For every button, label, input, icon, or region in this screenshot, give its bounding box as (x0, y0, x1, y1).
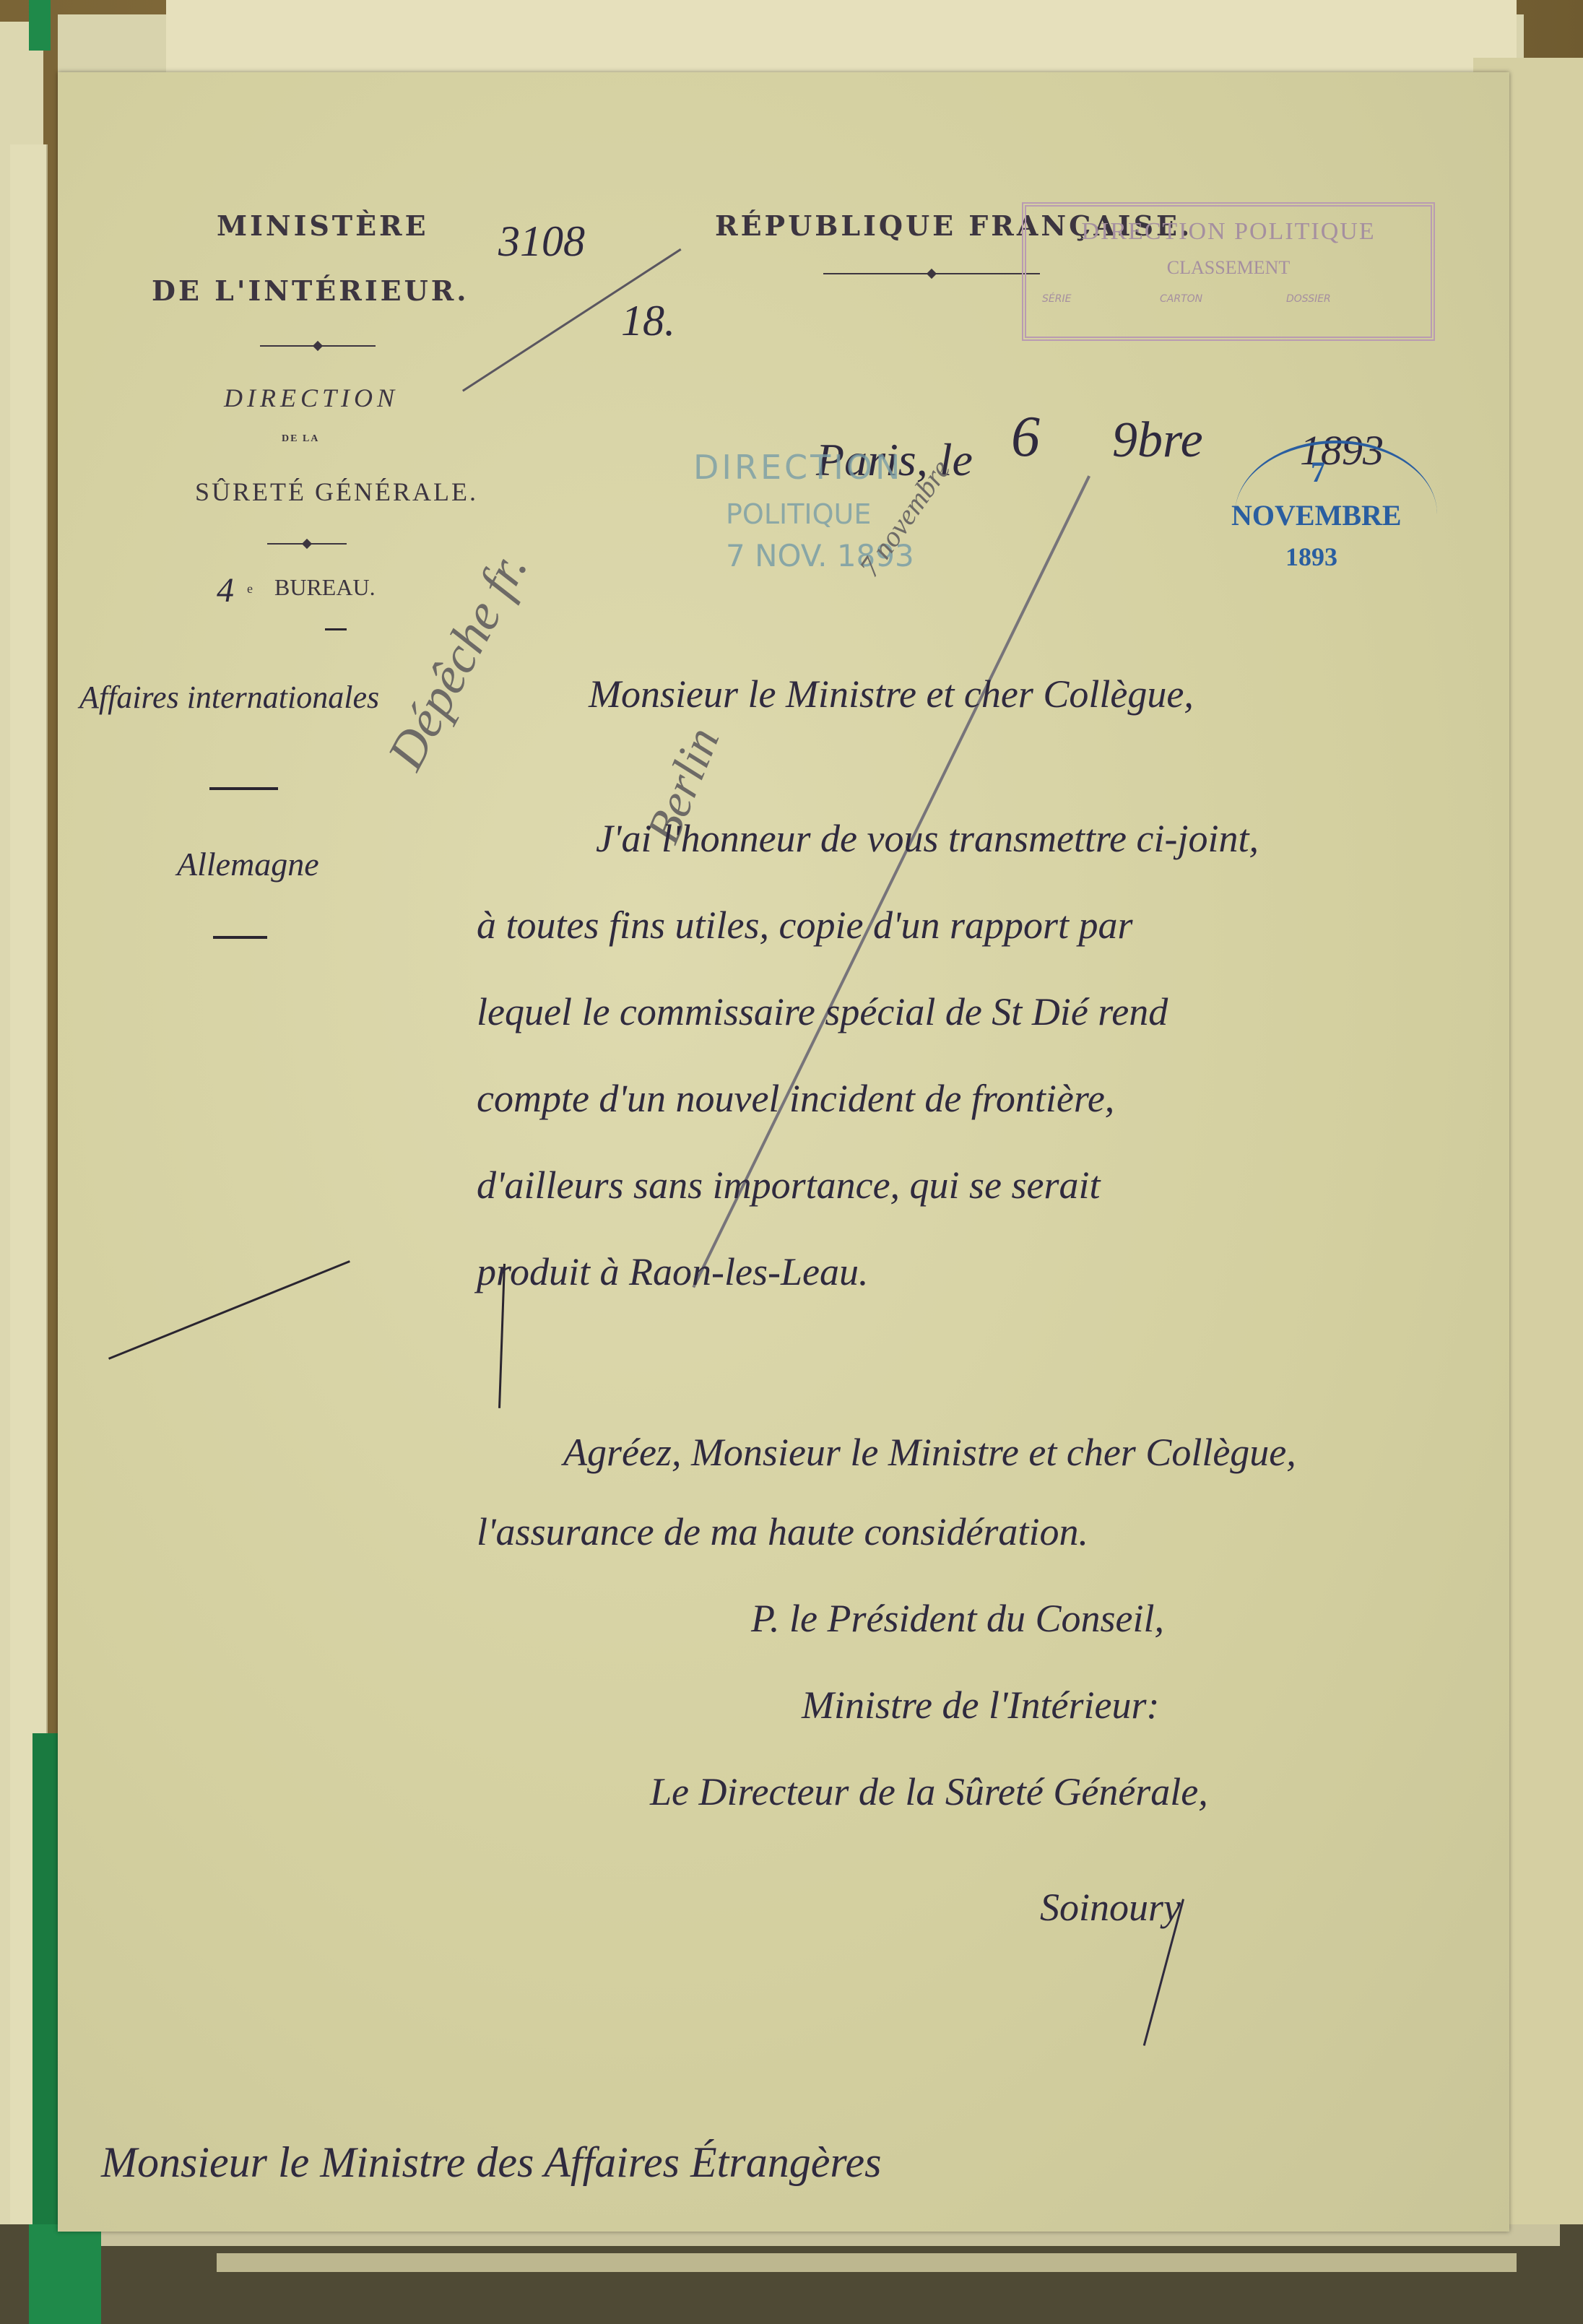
ornament-divider (260, 345, 376, 347)
body-line-2: à toutes fins utiles, copie d'un rapport… (477, 903, 1133, 948)
bureau-suffix: e (247, 581, 253, 597)
country-note: Allemagne (177, 845, 319, 883)
body-line-6: produit à Raon-les-Leau. (477, 1249, 868, 1294)
signature-block-line-3: Le Directeur de la Sûreté Générale, (650, 1769, 1208, 1814)
ornament-divider (267, 543, 347, 545)
salutation: Monsieur le Ministre et cher Collègue, (589, 672, 1194, 716)
body-line-5: d'ailleurs sans importance, qui se serai… (477, 1163, 1101, 1207)
divider (325, 628, 347, 630)
green-ribbon (32, 1733, 60, 2239)
green-ribbon (29, 0, 51, 51)
file-subnumber: 18. (621, 296, 675, 346)
bureau-number: 4 (217, 571, 234, 610)
ministry-title-line1: MINISTÈRE (217, 209, 429, 242)
ministry-title-line2: DE L'INTÉRIEUR. (152, 274, 469, 307)
bottom-page-stack (0, 2224, 1583, 2324)
section-note: Affaires internationales (79, 679, 379, 716)
addressee: Monsieur le Ministre des Affaires Étrang… (101, 2138, 881, 2188)
divider (209, 787, 278, 790)
closing-line-2: l'assurance de ma haute considération. (477, 1509, 1088, 1554)
stamp-field-carton: CARTON (1160, 293, 1202, 305)
signature-block-line-1: P. le Président du Conseil, (751, 1596, 1164, 1641)
direction-politique-stamp-line2: POLITIQUE (726, 498, 871, 530)
received-stamp-day: 7 (1311, 455, 1325, 489)
stamp-field-dossier: DOSSIER (1286, 293, 1331, 305)
stamp-title: CLASSEMENT (1026, 257, 1431, 279)
direction-politique-stamp-line1: DIRECTION (693, 448, 903, 487)
closing-line-1: Agréez, Monsieur le Ministre et cher Col… (563, 1430, 1296, 1475)
margin-stroke (108, 1260, 350, 1360)
stamp-field-serie: SÉRIE (1042, 293, 1071, 305)
received-stamp-month: NOVEMBRE (1231, 498, 1402, 532)
divider (213, 936, 267, 939)
ornament-divider (823, 273, 1040, 274)
classement-stamp: DIRECTION POLITIQUE CLASSEMENT SÉRIE CAR… (1022, 202, 1435, 341)
body-line-4: compte d'un nouvel incident de frontière… (477, 1076, 1114, 1121)
received-stamp-year: 1893 (1285, 542, 1337, 572)
direction-label: DIRECTION (224, 383, 399, 413)
file-number: 3108 (498, 217, 585, 266)
pencil-note-depeche: Dépêche fr. (376, 542, 539, 779)
body-line-1: J'ai l'honneur de vous transmettre ci-jo… (596, 816, 1259, 861)
dateline-day: 6 (1011, 404, 1040, 470)
signature: Soinoury (1040, 1885, 1181, 1930)
surete-generale-label: SÛRETÉ GÉNÉRALE. (195, 477, 478, 507)
body-line-3: lequel le commissaire spécial de St Dié … (477, 989, 1168, 1034)
letter-page: MINISTÈRE DE L'INTÉRIEUR. DIRECTION DE L… (58, 72, 1509, 2232)
bureau-label: BUREAU. (274, 574, 376, 601)
signature-block-line-2: Ministre de l'Intérieur: (802, 1683, 1159, 1727)
de-la-label: DE LA (282, 433, 319, 445)
stamp-top-text: DIRECTION POLITIQUE (1026, 218, 1431, 246)
dateline-month: 9bre (1112, 412, 1203, 469)
